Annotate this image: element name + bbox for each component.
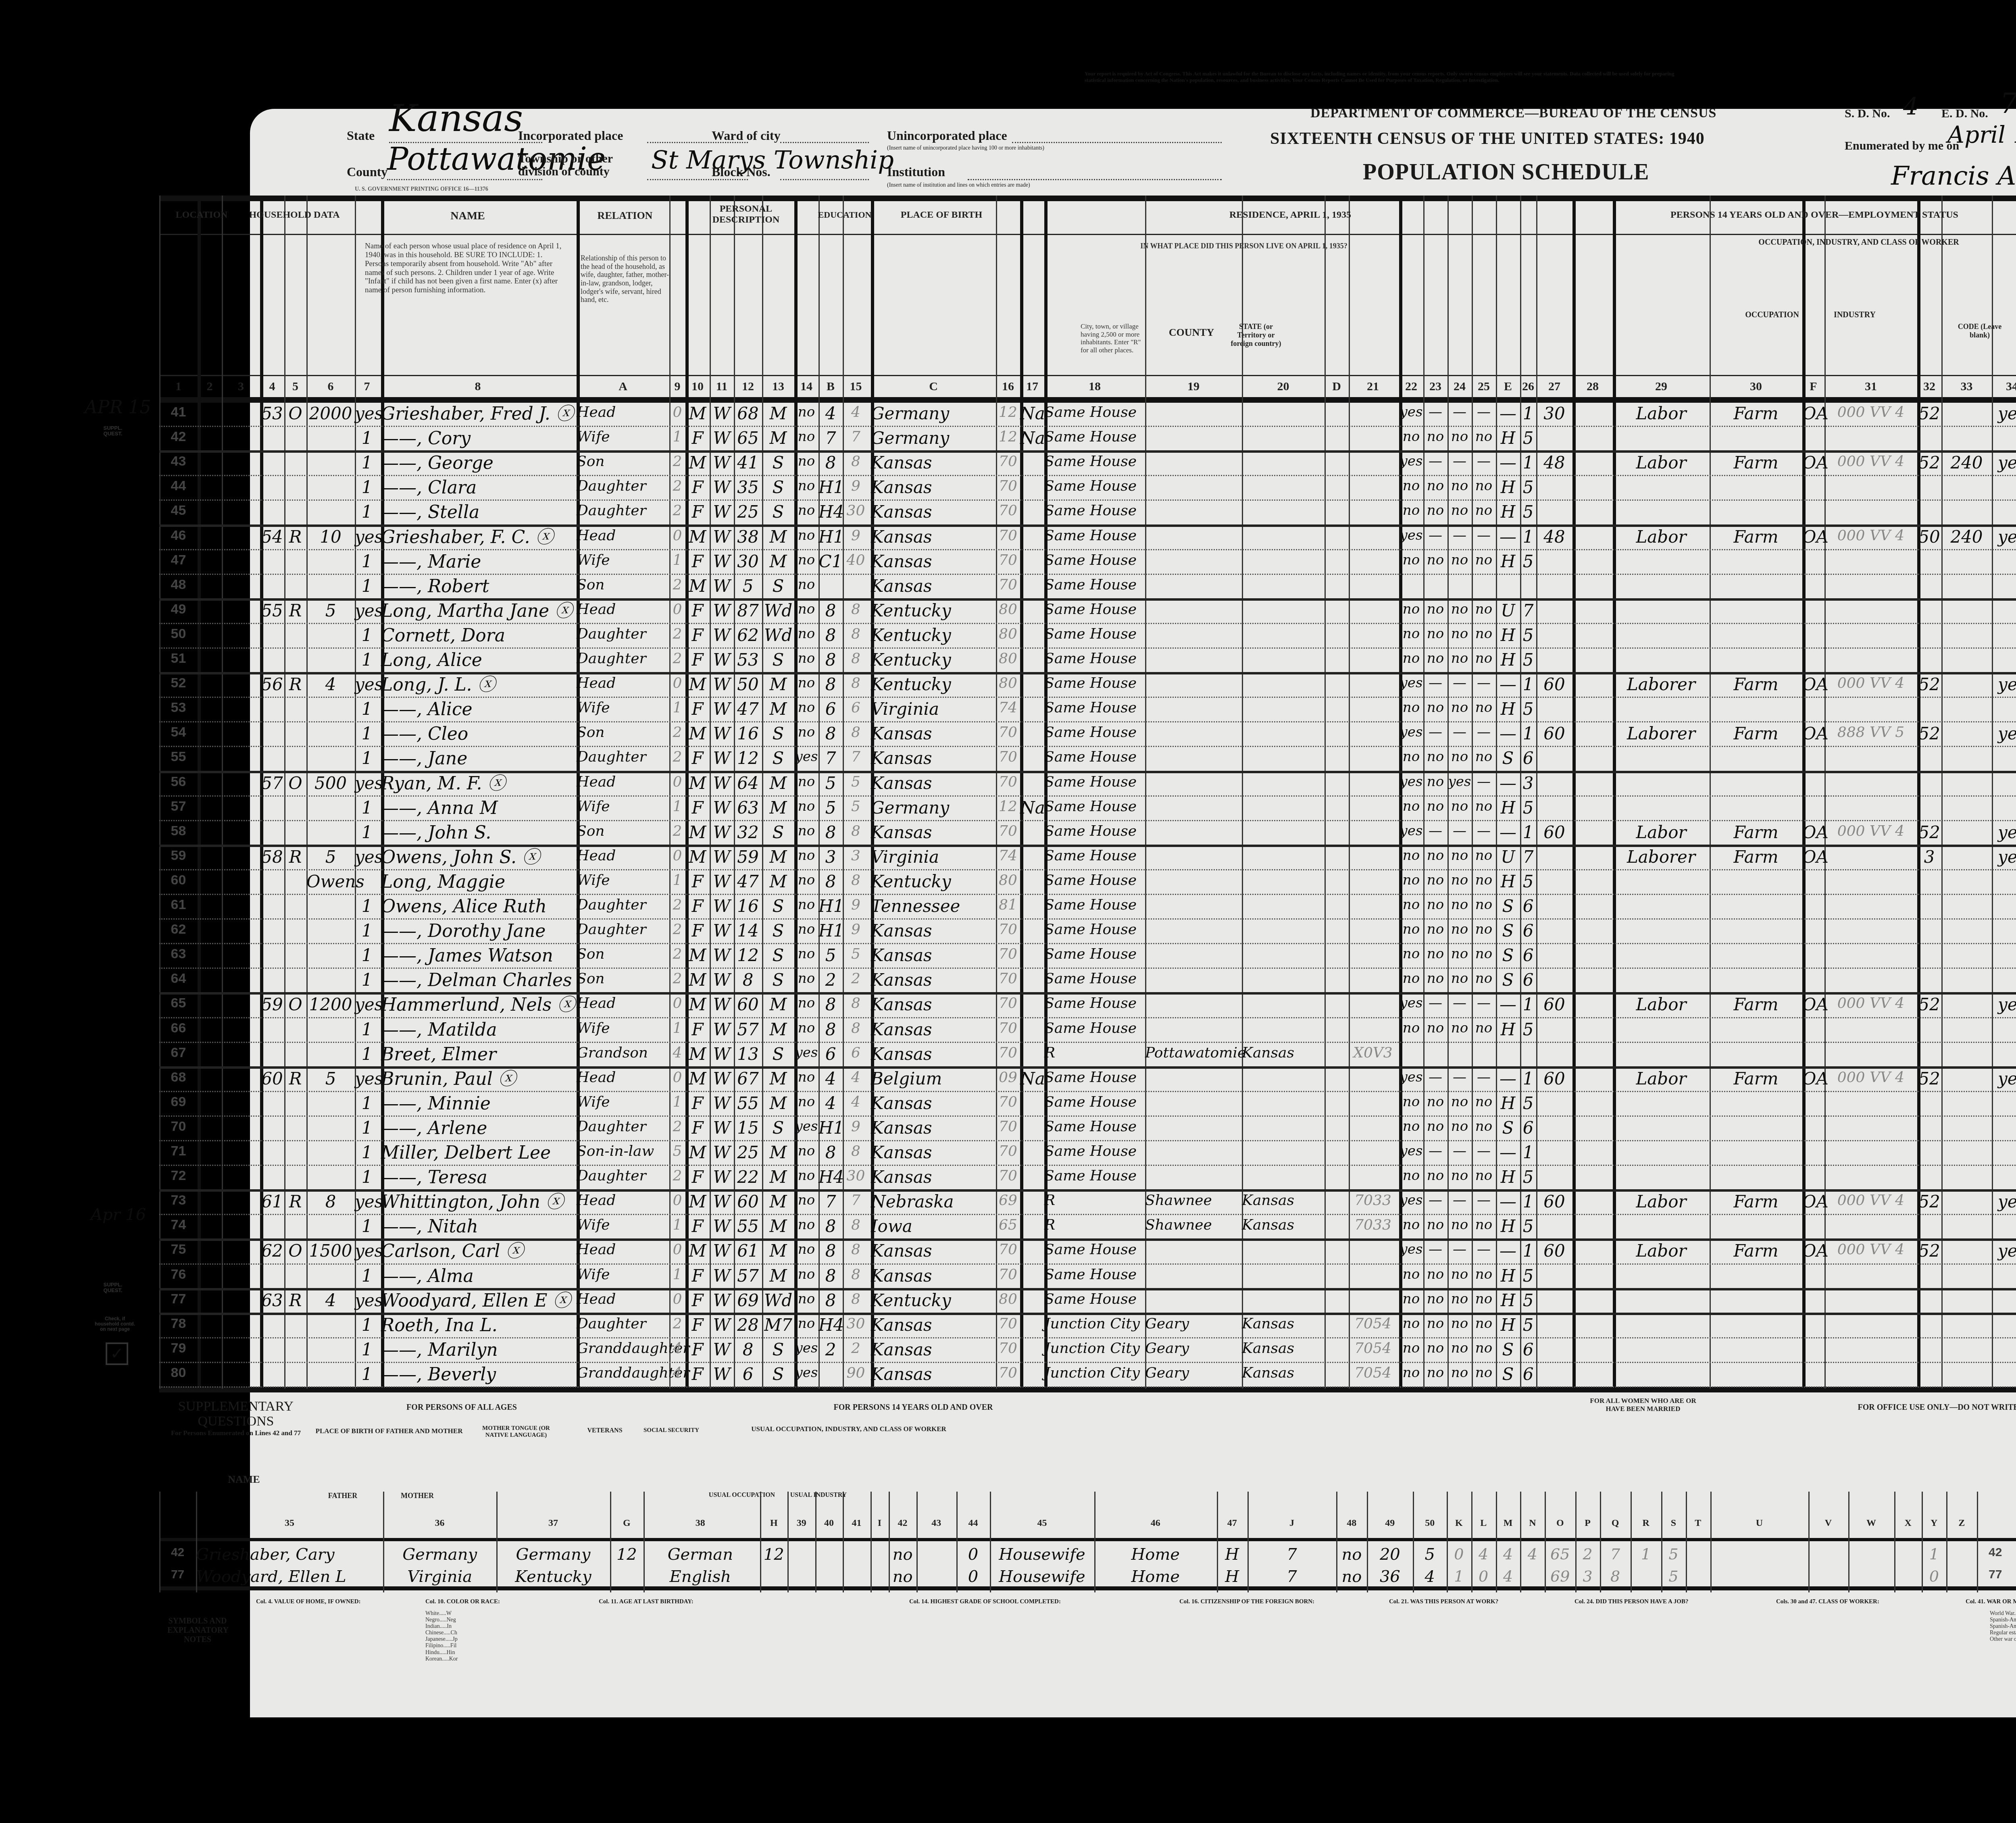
cell-age[interactable]: 32 bbox=[734, 824, 762, 841]
cell-age[interactable]: 60 bbox=[734, 1193, 762, 1210]
cell-name[interactable]: ——, Alma bbox=[381, 1267, 575, 1285]
cell-c24[interactable]: — bbox=[1472, 996, 1496, 1010]
cell-race[interactable]: W bbox=[710, 553, 734, 570]
suppl-cell-N[interactable]: 4 bbox=[1520, 1546, 1545, 1562]
cell-mar[interactable]: M bbox=[762, 1218, 794, 1235]
cell-name[interactable]: ——, George bbox=[381, 454, 575, 472]
cell-name[interactable]: Grieshaber, F. C. ⓧ bbox=[381, 529, 575, 546]
cell-wks[interactable]: 52 bbox=[1917, 676, 1941, 693]
cell-age[interactable]: 62 bbox=[734, 627, 762, 644]
cell-c23[interactable]: no bbox=[1447, 799, 1472, 813]
cell-visit[interactable]: 54 bbox=[260, 529, 284, 545]
cell-name[interactable]: Hammerlund, Nels ⓧ bbox=[381, 996, 575, 1014]
cell-rcode[interactable]: 2 bbox=[669, 824, 685, 839]
cell-age[interactable]: 12 bbox=[734, 947, 762, 964]
cell-bcode[interactable]: 70 bbox=[996, 1021, 1020, 1036]
cell-c25[interactable]: S bbox=[1496, 1341, 1520, 1358]
cell-name[interactable]: Owens, Alice Ruth bbox=[381, 898, 575, 916]
cell-c23[interactable]: no bbox=[1447, 1095, 1472, 1109]
cell-c25[interactable]: — bbox=[1496, 1242, 1520, 1259]
cell-fcode[interactable]: 000 VV 4 bbox=[1824, 454, 1917, 469]
cell-farm[interactable]: 1 bbox=[355, 479, 379, 496]
cell-c21[interactable]: no bbox=[1399, 947, 1423, 961]
cell-c24[interactable]: no bbox=[1472, 1366, 1496, 1380]
cell-occ[interactable]: Labor bbox=[1613, 824, 1710, 841]
cell-state[interactable]: Kansas bbox=[1242, 1193, 1325, 1208]
cell-mar[interactable]: M bbox=[762, 873, 794, 890]
cell-school[interactable]: no bbox=[794, 1193, 818, 1207]
cell-farm[interactable]: 1 bbox=[355, 947, 379, 964]
cell-res[interactable]: Same House bbox=[1044, 1095, 1145, 1109]
cell-ind[interactable]: Farm bbox=[1710, 405, 1802, 422]
cell-name[interactable]: ——, Cory bbox=[381, 430, 575, 447]
cell-school[interactable]: no bbox=[794, 799, 818, 813]
cell-c24[interactable]: — bbox=[1472, 1144, 1496, 1158]
cell-gcode[interactable]: 30 bbox=[843, 1317, 869, 1331]
cell-tenure[interactable]: R bbox=[284, 1070, 306, 1087]
cell-mar[interactable]: M bbox=[762, 1021, 794, 1038]
cell-c25[interactable]: S bbox=[1496, 1366, 1520, 1383]
cell-gcode[interactable]: 9 bbox=[843, 529, 869, 543]
cell-farm[interactable]: yes bbox=[355, 1193, 379, 1210]
cell-race[interactable]: W bbox=[710, 922, 734, 939]
cell-ind[interactable]: Farm bbox=[1710, 1242, 1802, 1259]
cell-value[interactable]: 5 bbox=[306, 849, 355, 866]
cell-res[interactable]: Junction City bbox=[1044, 1366, 1145, 1380]
cell-c21[interactable]: yes bbox=[1399, 676, 1423, 690]
cell-race[interactable]: W bbox=[710, 627, 734, 644]
cell-fcode[interactable]: 000 VV 4 bbox=[1824, 676, 1917, 691]
cell-ind[interactable]: Farm bbox=[1710, 454, 1802, 471]
ward-field[interactable] bbox=[780, 142, 869, 143]
cell-e[interactable]: 6 bbox=[1520, 972, 1536, 988]
cell-relation[interactable]: Son bbox=[577, 578, 669, 592]
cell-visit[interactable]: 56 bbox=[260, 676, 284, 693]
cell-grade[interactable]: 2 bbox=[818, 972, 843, 988]
suppl-cell-j[interactable]: 7 bbox=[1248, 1546, 1336, 1563]
cell-gcode[interactable]: 8 bbox=[843, 651, 869, 666]
cell-c23[interactable]: no bbox=[1447, 602, 1472, 616]
cell-mar[interactable]: M7 bbox=[762, 1317, 794, 1334]
suppl-cell-g[interactable]: 12 bbox=[610, 1546, 644, 1563]
cell-tenure[interactable]: R bbox=[284, 849, 306, 866]
institution-field[interactable] bbox=[968, 179, 1222, 180]
cell-relation[interactable]: Wife bbox=[577, 1095, 669, 1109]
cell-tenure[interactable]: R bbox=[284, 1193, 306, 1210]
cell-bcode[interactable]: 70 bbox=[996, 1095, 1020, 1109]
cell-school[interactable]: yes bbox=[794, 750, 818, 764]
cell-school[interactable]: no bbox=[794, 1242, 818, 1256]
suppl-cell-j[interactable]: 7 bbox=[1248, 1569, 1336, 1585]
cell-farm[interactable]: yes bbox=[355, 676, 379, 693]
cell-sex[interactable]: F bbox=[685, 701, 710, 718]
cell-county[interactable]: Shawnee bbox=[1145, 1218, 1242, 1232]
cell-school[interactable]: no bbox=[794, 651, 818, 665]
cell-sex[interactable]: M bbox=[685, 824, 710, 841]
cell-c24[interactable]: no bbox=[1472, 799, 1496, 813]
suppl-cell-R[interactable]: 1 bbox=[1631, 1546, 1661, 1562]
cell-c23[interactable]: no bbox=[1447, 849, 1472, 862]
cell-county[interactable]: Geary bbox=[1145, 1317, 1242, 1331]
cell-age[interactable]: 8 bbox=[734, 972, 762, 988]
cell-mar[interactable]: S bbox=[762, 947, 794, 964]
cell-grade[interactable]: 8 bbox=[818, 454, 843, 471]
cell-res[interactable]: Same House bbox=[1044, 1267, 1145, 1282]
cell-birthplace[interactable]: Kansas bbox=[871, 1169, 996, 1186]
cell-age[interactable]: 68 bbox=[734, 405, 762, 422]
cell-rcode[interactable]: 1 bbox=[669, 1218, 685, 1232]
cell-c22[interactable]: no bbox=[1423, 1341, 1447, 1355]
cell-c23[interactable]: no bbox=[1447, 947, 1472, 961]
cell-e[interactable]: 5 bbox=[1520, 1021, 1536, 1038]
suppl-cell-occ[interactable]: Housewife bbox=[990, 1546, 1094, 1563]
cell-relation[interactable]: Daughter bbox=[577, 750, 669, 764]
cell-c25[interactable]: S bbox=[1496, 1120, 1520, 1136]
suppl-cell-ind[interactable]: Home bbox=[1094, 1546, 1217, 1563]
cell-tenure[interactable]: O bbox=[284, 405, 306, 422]
cell-e[interactable]: 5 bbox=[1520, 1267, 1536, 1284]
cell-c24[interactable]: no bbox=[1472, 972, 1496, 985]
suppl-cell-m49[interactable]: 36 bbox=[1367, 1569, 1413, 1585]
cell-sex[interactable]: F bbox=[685, 1267, 710, 1284]
cell-cit[interactable]: Na bbox=[1020, 799, 1044, 816]
cell-race[interactable]: W bbox=[710, 1046, 734, 1063]
cell-c25[interactable]: S bbox=[1496, 972, 1520, 988]
cell-gcode[interactable]: 40 bbox=[843, 553, 869, 568]
cell-cls[interactable]: OA bbox=[1802, 529, 1824, 545]
cell-e[interactable]: 6 bbox=[1520, 750, 1536, 767]
cell-age[interactable]: 57 bbox=[734, 1021, 762, 1038]
cell-c21[interactable]: no bbox=[1399, 750, 1423, 764]
cell-hours[interactable]: 30 bbox=[1536, 405, 1572, 422]
cell-grade[interactable]: 7 bbox=[818, 750, 843, 767]
cell-name[interactable]: Whittington, John ⓧ bbox=[381, 1193, 575, 1211]
cell-relation[interactable]: Son bbox=[577, 824, 669, 839]
cell-fcode[interactable]: 000 VV 4 bbox=[1824, 996, 1917, 1011]
suppl-cell-ind[interactable]: Home bbox=[1094, 1569, 1217, 1585]
cell-grade[interactable]: 8 bbox=[818, 1021, 843, 1038]
cell-value[interactable]: 1200 bbox=[306, 996, 355, 1013]
cell-school[interactable]: no bbox=[794, 553, 818, 567]
cell-res[interactable]: Same House bbox=[1044, 873, 1145, 888]
cell-gcode[interactable]: 7 bbox=[843, 430, 869, 444]
cell-res[interactable]: Same House bbox=[1044, 1169, 1145, 1183]
cell-rcode[interactable]: 0 bbox=[669, 602, 685, 617]
cell-c24[interactable]: no bbox=[1472, 1341, 1496, 1355]
cell-occ[interactable]: Labor bbox=[1613, 996, 1710, 1013]
cell-ind[interactable]: Farm bbox=[1710, 1070, 1802, 1087]
cell-wages[interactable]: 240 bbox=[1941, 529, 1992, 545]
cell-wks[interactable]: 3 bbox=[1917, 849, 1941, 866]
cell-farm[interactable]: 1 bbox=[355, 701, 379, 718]
cell-relation[interactable]: Grandson bbox=[577, 1046, 669, 1060]
cell-race[interactable]: W bbox=[710, 1366, 734, 1383]
cell-c21[interactable]: no bbox=[1399, 430, 1423, 443]
cell-school[interactable]: no bbox=[794, 1144, 818, 1158]
cell-c23[interactable]: — bbox=[1447, 676, 1472, 690]
cell-c24[interactable]: — bbox=[1472, 405, 1496, 419]
cell-value[interactable]: 10 bbox=[306, 529, 355, 545]
cell-bcode[interactable]: 65 bbox=[996, 1218, 1020, 1232]
cell-school[interactable]: yes bbox=[794, 1120, 818, 1133]
cell-cls[interactable]: OA bbox=[1802, 824, 1824, 841]
cell-sex[interactable]: F bbox=[685, 1169, 710, 1186]
cell-c23[interactable]: no bbox=[1447, 1292, 1472, 1306]
cell-hours[interactable]: 60 bbox=[1536, 1070, 1572, 1087]
cell-birthplace[interactable]: Kansas bbox=[871, 454, 996, 471]
cell-c23[interactable]: no bbox=[1447, 750, 1472, 764]
cell-c22[interactable]: no bbox=[1423, 1366, 1447, 1380]
cell-c25[interactable]: H bbox=[1496, 1218, 1520, 1235]
cell-c21[interactable]: yes bbox=[1399, 775, 1423, 789]
cell-c21[interactable]: no bbox=[1399, 1218, 1423, 1232]
cell-farm[interactable]: 1 bbox=[355, 1218, 379, 1235]
cell-school[interactable]: no bbox=[794, 725, 818, 739]
suppl-cell-father[interactable]: Virginia bbox=[383, 1569, 496, 1585]
cell-c22[interactable]: — bbox=[1423, 824, 1447, 838]
cell-grade[interactable]: 6 bbox=[818, 1046, 843, 1063]
cell-c23[interactable]: — bbox=[1447, 1193, 1472, 1207]
cell-e[interactable]: 5 bbox=[1520, 1169, 1536, 1186]
cell-c23[interactable]: — bbox=[1447, 529, 1472, 542]
suppl-cell-K[interactable]: 1 bbox=[1447, 1569, 1471, 1584]
cell-grade[interactable]: H1 bbox=[818, 479, 843, 496]
cell-grade[interactable]: 5 bbox=[818, 947, 843, 964]
cell-rcode[interactable]: 1 bbox=[669, 553, 685, 568]
cell-c21[interactable]: no bbox=[1399, 1021, 1423, 1035]
cell-relation[interactable]: Son bbox=[577, 725, 669, 740]
cell-rcode[interactable]: 0 bbox=[669, 996, 685, 1011]
cell-c22[interactable]: no bbox=[1423, 898, 1447, 911]
cell-birthplace[interactable]: Virginia bbox=[871, 701, 996, 718]
cell-school[interactable]: no bbox=[794, 898, 818, 911]
cell-school[interactable]: no bbox=[794, 972, 818, 985]
cell-c21[interactable]: yes bbox=[1399, 529, 1423, 542]
cell-farm[interactable]: 1 bbox=[355, 972, 379, 988]
cell-c23[interactable]: no bbox=[1447, 1218, 1472, 1232]
cell-race[interactable]: W bbox=[710, 947, 734, 964]
cell-relation[interactable]: Head bbox=[577, 849, 669, 863]
suppl-cell-O[interactable]: 65 bbox=[1545, 1546, 1575, 1562]
cell-sex[interactable]: F bbox=[685, 922, 710, 939]
cell-grade[interactable]: 8 bbox=[818, 602, 843, 619]
cell-grade[interactable]: H1 bbox=[818, 1120, 843, 1136]
suppl-cell-occ[interactable]: Housewife bbox=[990, 1569, 1094, 1585]
cell-c22[interactable]: no bbox=[1423, 750, 1447, 764]
cell-cls[interactable]: OA bbox=[1802, 676, 1824, 693]
cell-c23[interactable]: — bbox=[1447, 1144, 1472, 1158]
cell-age[interactable]: 61 bbox=[734, 1242, 762, 1259]
cell-value[interactable]: 4 bbox=[306, 676, 355, 693]
cell-birthplace[interactable]: Kansas bbox=[871, 578, 996, 595]
cell-farm[interactable]: 1 bbox=[355, 1095, 379, 1112]
cell-farm[interactable]: 1 bbox=[355, 454, 379, 471]
cell-value[interactable]: 8 bbox=[306, 1193, 355, 1210]
cell-relation[interactable]: Head bbox=[577, 1070, 669, 1085]
cell-visit[interactable]: 59 bbox=[260, 996, 284, 1013]
cell-c22[interactable]: no bbox=[1423, 922, 1447, 936]
cell-c23[interactable]: — bbox=[1447, 1070, 1472, 1084]
cell-bcode[interactable]: 80 bbox=[996, 873, 1020, 888]
cell-c24[interactable]: no bbox=[1472, 1267, 1496, 1281]
cell-c25[interactable]: H bbox=[1496, 627, 1520, 644]
cell-c24[interactable]: — bbox=[1472, 725, 1496, 739]
cell-res[interactable]: Same House bbox=[1044, 1242, 1145, 1257]
cell-name[interactable]: Miller, Delbert Lee bbox=[381, 1144, 575, 1162]
cell-e[interactable]: 6 bbox=[1520, 947, 1536, 964]
cell-e[interactable]: 1 bbox=[1520, 529, 1536, 545]
cell-race[interactable]: W bbox=[710, 799, 734, 816]
cell-c22[interactable]: no bbox=[1423, 1267, 1447, 1281]
cell-bcode[interactable]: 70 bbox=[996, 529, 1020, 543]
cell-fcode[interactable]: 000 VV 4 bbox=[1824, 824, 1917, 839]
cell-c24[interactable]: no bbox=[1472, 504, 1496, 517]
cell-gcode[interactable]: 8 bbox=[843, 1144, 869, 1159]
cell-c24[interactable]: — bbox=[1472, 1242, 1496, 1256]
cell-bcode[interactable]: 70 bbox=[996, 972, 1020, 986]
cell-c22[interactable]: no bbox=[1423, 627, 1447, 641]
cell-race[interactable]: W bbox=[710, 1267, 734, 1284]
cell-gcode[interactable]: 8 bbox=[843, 1267, 869, 1282]
cell-wks[interactable]: 52 bbox=[1917, 1070, 1941, 1087]
cell-age[interactable]: 53 bbox=[734, 651, 762, 668]
cell-rcode[interactable]: 2 bbox=[669, 947, 685, 961]
cell-c22[interactable]: no bbox=[1423, 1169, 1447, 1182]
cell-bcode[interactable]: 70 bbox=[996, 750, 1020, 764]
block-field[interactable] bbox=[780, 179, 869, 180]
cell-sex[interactable]: M bbox=[685, 996, 710, 1013]
cell-school[interactable]: no bbox=[794, 873, 818, 887]
cell-c21[interactable]: yes bbox=[1399, 1193, 1423, 1207]
cell-age[interactable]: 38 bbox=[734, 529, 762, 545]
cell-relation[interactable]: Son bbox=[577, 972, 669, 986]
cell-mar[interactable]: S bbox=[762, 1120, 794, 1136]
cell-mar[interactable]: S bbox=[762, 479, 794, 496]
suppl-cell-S[interactable]: 5 bbox=[1661, 1546, 1686, 1562]
cell-res[interactable]: Junction City bbox=[1044, 1341, 1145, 1356]
cell-c21[interactable]: no bbox=[1399, 898, 1423, 911]
cell-occ[interactable]: Labor bbox=[1613, 405, 1710, 422]
cell-relation[interactable]: Wife bbox=[577, 1021, 669, 1036]
cell-mar[interactable]: M bbox=[762, 1169, 794, 1186]
cell-race[interactable]: W bbox=[710, 1169, 734, 1186]
cell-visit[interactable]: 62 bbox=[260, 1242, 284, 1259]
cell-e[interactable]: 1 bbox=[1520, 996, 1536, 1013]
cell-school[interactable]: no bbox=[794, 676, 818, 690]
cell-c23[interactable]: no bbox=[1447, 1366, 1472, 1380]
cell-name[interactable]: ——, Minnie bbox=[381, 1095, 575, 1113]
cell-grade[interactable]: 4 bbox=[818, 1070, 843, 1087]
cell-c25[interactable]: — bbox=[1496, 1144, 1520, 1161]
cell-name[interactable]: Cornett, Dora bbox=[381, 627, 575, 645]
cell-c23[interactable]: — bbox=[1447, 405, 1472, 419]
cell-bcode[interactable]: 70 bbox=[996, 1317, 1020, 1331]
cell-age[interactable]: 59 bbox=[734, 849, 762, 866]
cell-gcode[interactable]: 30 bbox=[843, 504, 869, 518]
cell-relation[interactable]: Wife bbox=[577, 1218, 669, 1232]
cell-relation[interactable]: Daughter bbox=[577, 651, 669, 666]
cell-relation[interactable]: Daughter bbox=[577, 479, 669, 493]
cell-name[interactable]: Long, J. L. ⓧ bbox=[381, 676, 575, 694]
suppl-cell-mother[interactable]: Germany bbox=[496, 1546, 610, 1563]
cell-res[interactable]: Same House bbox=[1044, 947, 1145, 961]
cell-school[interactable]: no bbox=[794, 454, 818, 468]
cell-school[interactable]: no bbox=[794, 996, 818, 1010]
cell-c22[interactable]: no bbox=[1423, 479, 1447, 493]
cell-bcode[interactable]: 70 bbox=[996, 479, 1020, 493]
cell-bcode[interactable]: 70 bbox=[996, 454, 1020, 469]
cell-grade[interactable]: 8 bbox=[818, 824, 843, 841]
cell-relation[interactable]: Granddaughter bbox=[577, 1341, 669, 1356]
cell-res[interactable]: Junction City bbox=[1044, 1317, 1145, 1331]
cell-rcode[interactable]: 1 bbox=[669, 701, 685, 715]
cell-name[interactable]: ——, Matilda bbox=[381, 1021, 575, 1039]
suppl-cell-tongue[interactable]: English bbox=[644, 1569, 757, 1585]
cell-farm[interactable]: 1 bbox=[355, 1120, 379, 1136]
cell-occ[interactable]: Labor bbox=[1613, 529, 1710, 545]
cell-birthplace[interactable]: Kansas bbox=[871, 529, 996, 545]
cell-school[interactable]: no bbox=[794, 1292, 818, 1306]
cell-c21[interactable]: no bbox=[1399, 651, 1423, 665]
cell-race[interactable]: W bbox=[710, 701, 734, 718]
cell-c22[interactable]: — bbox=[1423, 529, 1447, 542]
cell-tenure[interactable]: O bbox=[284, 1242, 306, 1259]
cell-relation[interactable]: Daughter bbox=[577, 1317, 669, 1331]
cell-name[interactable]: ——, James Watson bbox=[381, 947, 575, 965]
cell-sex[interactable]: M bbox=[685, 1242, 710, 1259]
cell-wks[interactable]: 52 bbox=[1917, 1242, 1941, 1259]
cell-cit[interactable]: Na bbox=[1020, 405, 1044, 422]
cell-age[interactable]: 41 bbox=[734, 454, 762, 471]
cell-c22[interactable]: — bbox=[1423, 996, 1447, 1010]
cell-wks[interactable]: 52 bbox=[1917, 405, 1941, 422]
cell-birthplace[interactable]: Kansas bbox=[871, 725, 996, 742]
cell-c22[interactable]: no bbox=[1423, 873, 1447, 887]
cell-relation[interactable]: Head bbox=[577, 775, 669, 789]
cell-mar[interactable]: M bbox=[762, 849, 794, 866]
cell-c23[interactable]: no bbox=[1447, 898, 1472, 911]
cell-c24[interactable]: no bbox=[1472, 1317, 1496, 1330]
cell-sex[interactable]: M bbox=[685, 578, 710, 595]
cell-ind[interactable]: Farm bbox=[1710, 824, 1802, 841]
cell-name[interactable]: Ryan, M. F. ⓧ bbox=[381, 775, 575, 793]
cell-school[interactable]: no bbox=[794, 578, 818, 591]
cell-sex[interactable]: F bbox=[685, 1120, 710, 1136]
cell-birthplace[interactable]: Kansas bbox=[871, 972, 996, 988]
cell-school[interactable]: no bbox=[794, 701, 818, 714]
cell-d[interactable]: 7054 bbox=[1349, 1317, 1397, 1331]
suppl-cell-m50[interactable]: 4 bbox=[1413, 1569, 1447, 1585]
cell-c21[interactable]: no bbox=[1399, 1317, 1423, 1330]
cell-relation[interactable]: Son-in-law bbox=[577, 1144, 669, 1159]
cell-c21[interactable]: no bbox=[1399, 602, 1423, 616]
cell-res[interactable]: Same House bbox=[1044, 799, 1145, 814]
cell-race[interactable]: W bbox=[710, 578, 734, 595]
cell-e[interactable]: 5 bbox=[1520, 701, 1536, 718]
cell-rcode[interactable]: 2 bbox=[669, 1169, 685, 1183]
cell-bcode[interactable]: 74 bbox=[996, 701, 1020, 715]
cell-c25[interactable]: — bbox=[1496, 529, 1520, 545]
cell-value[interactable]: 500 bbox=[306, 775, 355, 792]
cell-e[interactable]: 1 bbox=[1520, 1242, 1536, 1259]
cell-birthplace[interactable]: Kansas bbox=[871, 1317, 996, 1334]
cell-age[interactable]: 25 bbox=[734, 1144, 762, 1161]
cell-res[interactable]: R bbox=[1044, 1218, 1145, 1232]
cell-c23[interactable]: no bbox=[1447, 1169, 1472, 1182]
cell-mar[interactable]: Wd bbox=[762, 1292, 794, 1309]
cell-res[interactable]: Same House bbox=[1044, 1144, 1145, 1159]
cell-c22[interactable]: — bbox=[1423, 454, 1447, 468]
